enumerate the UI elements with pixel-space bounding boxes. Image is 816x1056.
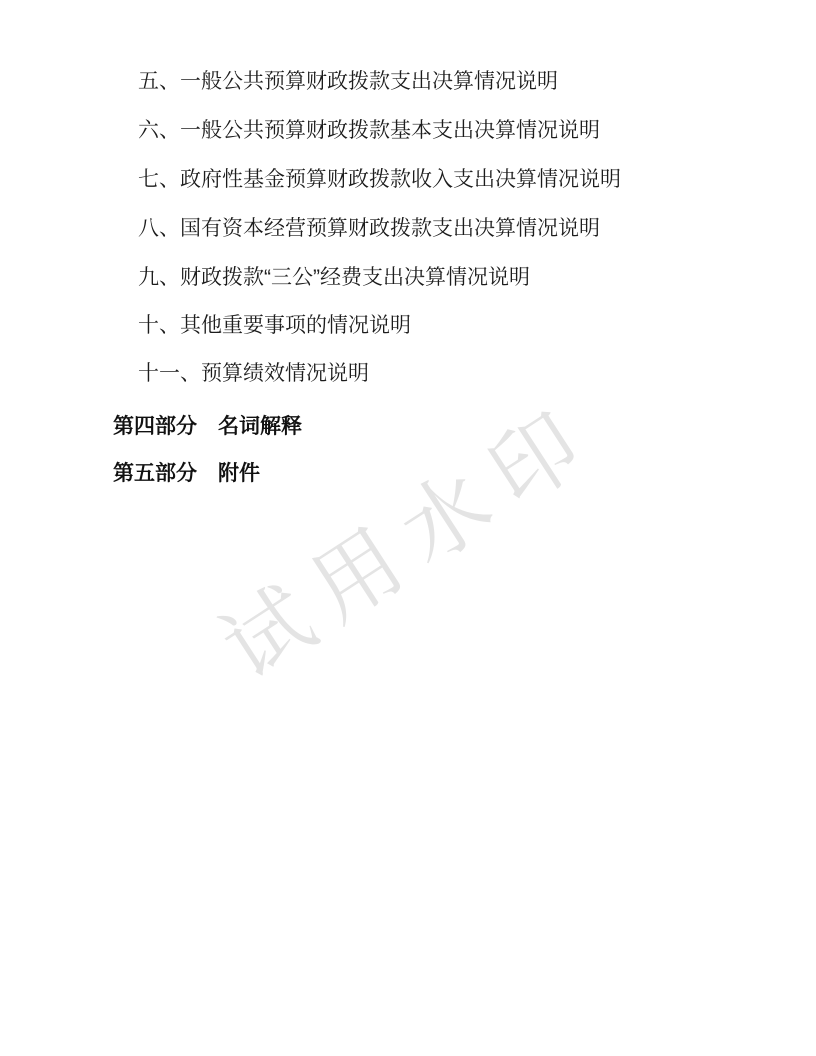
document-page: 试用水印 五、一般公共预算财政拨款支出决算情况说明 六、一般公共预算财政拨款基本… bbox=[0, 0, 816, 1056]
part-heading-part-5: 第五部分 附件 bbox=[113, 462, 260, 486]
part-heading-part-4: 第四部分 名词解释 bbox=[113, 415, 302, 439]
toc-item-section-5: 五、一般公共预算财政拨款支出决算情况说明 bbox=[138, 70, 558, 93]
toc-item-section-9: 九、财政拨款“三公”经费支出决算情况说明 bbox=[138, 266, 530, 289]
toc-item-section-11: 十一、预算绩效情况说明 bbox=[138, 362, 369, 385]
toc-item-section-8: 八、国有资本经营预算财政拨款支出决算情况说明 bbox=[138, 217, 600, 240]
toc-item-section-6: 六、一般公共预算财政拨款基本支出决算情况说明 bbox=[138, 119, 600, 142]
toc-item-section-7: 七、政府性基金预算财政拨款收入支出决算情况说明 bbox=[138, 168, 621, 191]
toc-item-section-10: 十、其他重要事项的情况说明 bbox=[138, 314, 411, 337]
